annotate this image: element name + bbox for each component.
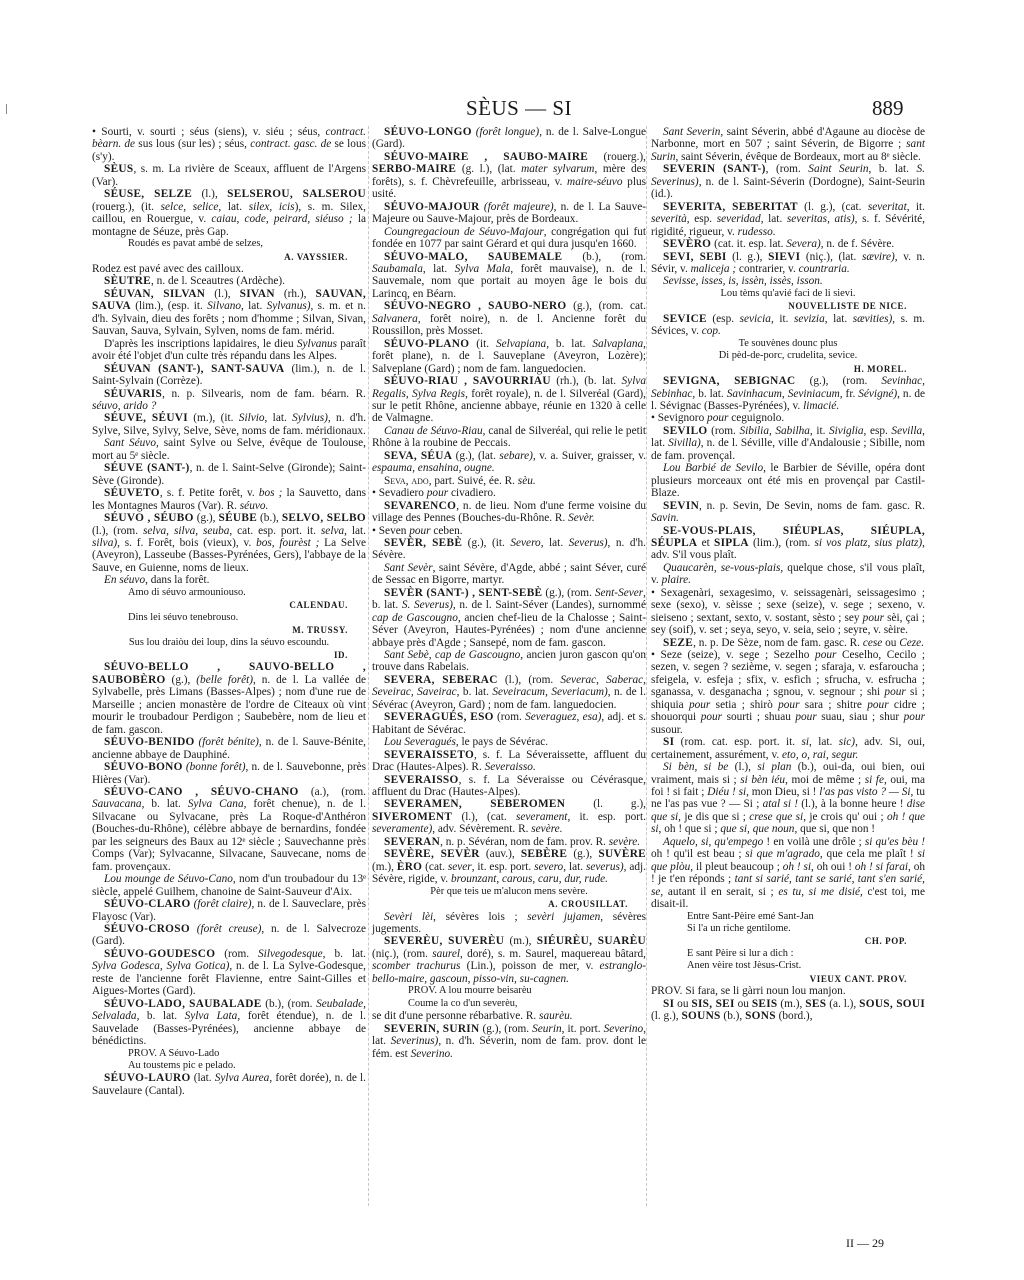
headword: SEVERIN (SANT-): [663, 163, 766, 175]
cross-reference-entry: • Sevadiero pour civadiero.: [372, 487, 646, 499]
headword: SUVÈRE: [598, 848, 646, 860]
entry-continuation: PROV. Si fara, se li gàrri noun lou manj…: [651, 985, 925, 997]
headword: SÉUVO-MAJOUR: [384, 201, 480, 213]
italic-text: selce, selice: [161, 201, 219, 213]
headword: SEIS: [752, 998, 778, 1010]
italic-text: Saint Seurin: [808, 163, 868, 175]
text-run: (rom.: [494, 711, 525, 723]
headword: SÉUVO-MAIRE , SAUBO-MAIRE: [384, 151, 588, 163]
quotation-attribution: M. TRUSSY.: [92, 624, 366, 636]
dictionary-entry: SEVERA, SEBERAC (l.), (rom. Severac, Sab…: [372, 674, 646, 711]
italic-text: oh ! si: [783, 861, 811, 873]
italic-text: Sibilia, Sabilha: [739, 425, 809, 437]
text-run: Seva, ado: [384, 475, 429, 487]
dictionary-entry: SEVERITA, SEBERITAT (l. g.), (cat. sever…: [651, 201, 925, 238]
italic-text: Sylvanus: [297, 338, 337, 350]
text-run: PROV.: [408, 985, 437, 996]
headword: SEVARENCO: [384, 500, 456, 512]
headword: SÉUVO-BONO: [104, 761, 183, 773]
headword: SEVERAISSO: [384, 774, 459, 786]
text-run: (bord.),: [776, 1010, 813, 1022]
headword: SÉUBE: [219, 512, 258, 524]
italic-text: Seveiracum, Severiacum): [492, 686, 607, 698]
italic-text: severidad: [717, 213, 761, 225]
text-run: Si l'a un riche gentilome.: [687, 923, 791, 934]
italic-text: Sevèr.: [568, 512, 595, 524]
dictionary-entry: SÉUVO-MAJOUR (forêt majeure), n. de l. L…: [372, 201, 646, 226]
italic-text: (bonne forêt): [186, 761, 246, 773]
italic-text: sevicia: [740, 313, 771, 325]
italic-text: saurel: [432, 948, 460, 960]
text-run: , dans la forêt.: [145, 574, 209, 586]
text-run: , esp.: [864, 425, 892, 437]
text-run: (b.), (rom.: [562, 251, 646, 263]
text-run: (niç.), (lat.: [800, 251, 862, 263]
text-run: (m.),: [778, 998, 806, 1010]
italic-text: Sevèri lèi: [384, 911, 433, 923]
text-run: , lat.: [809, 736, 839, 748]
italic-text: si: [801, 736, 809, 748]
headword: SIVEROMENT: [372, 811, 452, 823]
dictionary-entry: Lou Barbié de Sevilo, le Barbier de Sévi…: [651, 462, 925, 499]
dictionary-entry: SÉUVO , SÉUBO (g.), SÉUBE (b.), SELVO, S…: [92, 512, 366, 574]
italic-text: que si, que noun: [720, 823, 794, 835]
dictionary-entry: Lou mounge de Séuvo-Cano, nom d'un troub…: [92, 873, 366, 898]
text-run: (g.), (rom.: [796, 375, 882, 387]
italic-text: severitas, atis): [787, 213, 855, 225]
italic-text: si vos platz, sius platz): [815, 537, 923, 549]
italic-text: severità: [651, 213, 687, 225]
text-run: Si fara, se li gàrri noun lou manjon.: [683, 985, 846, 997]
text-run: Te souvènes dounc plus: [739, 338, 838, 349]
italic-text: si plan: [757, 761, 791, 773]
italic-text: Sylvanus): [267, 300, 311, 312]
dictionary-entry: SEVÈR, SEBÈ (g.), (it. Severo, lat. Seve…: [372, 537, 646, 562]
quotation-line: Pèr que teis ue m'alucon mens sevère.: [372, 886, 646, 898]
dictionary-entry: SÉUVO-CANO , SÉUVO-CHANO (a.), (rom. Sau…: [92, 786, 366, 873]
text-run: (lim.), (esp. it.: [131, 300, 207, 312]
text-run: (m.),: [504, 935, 537, 947]
italic-text: Severo: [510, 537, 540, 549]
italic-text: Severino.: [411, 1048, 453, 1060]
italic-text: Selvapiana: [496, 338, 546, 350]
text-run: (rouerg.),: [588, 151, 646, 163]
text-run: setia ; shirò: [710, 699, 778, 711]
italic-text: Severa): [786, 238, 821, 250]
dictionary-entry: SEVÈRO (cat. it. esp. lat. Severa), n. d…: [651, 238, 925, 250]
text-run: Pèr que teis ue m'alucon mens sevère.: [430, 886, 587, 897]
italic-text: Sant Severin: [663, 126, 720, 138]
text-run: Di pèd-de-porc, crudelita, sevice.: [719, 350, 857, 361]
margin-mark: [6, 104, 7, 114]
dictionary-entry: Sevèri lèi, sévères lois ; sevèri jujame…: [372, 911, 646, 936]
dictionary-entry: SEVARENCO, n. de lieu. Nom d'une ferme v…: [372, 500, 646, 525]
italic-text: Silvano: [207, 300, 241, 312]
text-run: • Sourti, v. sourti ; séus (siens), v. s…: [92, 126, 326, 138]
text-run: (rom.: [215, 948, 258, 960]
text-run: , b. lat.: [142, 798, 188, 810]
italic-text: selva: [321, 525, 344, 537]
dictionary-entry: SÉUVO-RIAU , SAVOURRIAU (rh.), (b. lat. …: [372, 375, 646, 425]
text-run: suau, siau ; shur: [817, 711, 904, 723]
italic-text: Sylva Cana: [188, 798, 244, 810]
italic-text: severo: [534, 861, 563, 873]
italic-text: pour: [863, 612, 884, 624]
dictionary-entry: SÉUVO-CLARO (forêt claire), n. de l. Sau…: [92, 898, 366, 923]
italic-text: limacié.: [803, 400, 839, 412]
headword: SEVERIN, SURIN: [384, 1023, 479, 1035]
italic-text: Sylvius): [292, 412, 328, 424]
quotation-line: E sant Pèire si lur a dich :: [651, 948, 925, 960]
italic-text: Sent-Sever: [595, 587, 643, 599]
text-run: susour.: [651, 724, 683, 736]
italic-text: Sauvacana: [92, 798, 142, 810]
quotation-line: PROV. A Séuvo-Lado: [92, 1048, 366, 1060]
headword: SÉUVO , SÉUBO: [104, 512, 194, 524]
headword: SÉUVARIS: [104, 388, 162, 400]
quotation-line: Au toustems pic e pelado.: [92, 1060, 366, 1072]
text-run: , cat. esp. port. it.: [229, 525, 321, 537]
italic-text: si que m'agrado: [745, 848, 820, 860]
text-run: , moi de même ;: [785, 774, 865, 786]
text-run: , que cela me plaît !: [820, 848, 918, 860]
dictionary-entry: En séuvo, dans la forêt.: [92, 574, 366, 586]
text-run: Entre Sant-Pèire emé Sant-Jan: [687, 911, 814, 922]
text-run: , oh ! que si ;: [659, 823, 721, 835]
italic-text: Sylva Godesca, Sylva Gotica): [92, 960, 229, 972]
text-run: Lou tèms qu'avié faci de li sievi.: [721, 288, 856, 299]
headword: SEZE: [663, 637, 693, 649]
text-run: • Sevignoro: [651, 412, 707, 424]
headword: SEVERAMEN, SEBEROMEN: [384, 798, 565, 810]
headword: SEVERAGUÉS, ESO: [384, 711, 494, 723]
dictionary-entry: Canau de Séuvo-Riau, canal de Silveréal,…: [372, 425, 646, 450]
text-run: ID.: [334, 650, 348, 660]
quotation-attribution: VIEUX CANT. PROV.: [651, 973, 925, 985]
text-run: (m.),: [372, 861, 397, 873]
text-run: oh ! qu'il est beau ;: [651, 848, 745, 860]
dictionary-entry: SÉUVO-BONO (bonne forêt), n. de l. Sauve…: [92, 761, 366, 786]
text-run: (b.),: [257, 512, 282, 524]
headword: SÉUVO-BENIDO: [104, 736, 195, 748]
italic-text: atal si !: [763, 798, 798, 810]
quotation-line: Dins lei séuvo tenebrouso.: [92, 612, 366, 624]
text-run: , b. lat.: [692, 388, 726, 400]
text-run: (g. l.), (lat.: [456, 163, 521, 175]
italic-text: sævire): [862, 251, 895, 263]
headword: SELVO, SELBO: [282, 512, 366, 524]
dictionary-entry: SEVERAISSETO, s. f. La Séveraissette, af…: [372, 749, 646, 774]
text-run: (rh.), (b. lat.: [551, 375, 622, 387]
text-run: , que si, que non !: [794, 823, 875, 835]
headword: SEVERÈU, SUVERÈU: [384, 935, 504, 947]
italic-text: l'as pas visto ? — Si: [819, 786, 910, 798]
text-run: (g.), (rom.: [479, 1023, 532, 1035]
headword: SÉUVAN (SANT-), SANT-SAUVA: [104, 363, 284, 375]
text-run: , lat.: [423, 263, 455, 275]
text-run: , lat.: [541, 537, 569, 549]
headword: SÉUVO-GOUDESCO: [104, 948, 215, 960]
text-run: , je crois qu' oui ;: [803, 811, 887, 823]
italic-text: Quaucarèn, se-vous-plais: [663, 562, 780, 574]
text-run: (niç.), (rom.: [372, 948, 432, 960]
headword: SIPLA: [714, 537, 749, 549]
italic-text: Severus): [569, 537, 608, 549]
text-run: (a. l.),: [826, 998, 859, 1010]
text-run: (m.), (it.: [188, 412, 239, 424]
headword: SOUS, SOUI: [859, 998, 925, 1010]
text-run: , adv. Sévèrement. R.: [432, 823, 531, 835]
text-run: (b.),: [721, 1010, 745, 1022]
headword: SEVERAISSETO: [384, 749, 474, 761]
text-run: sara ; shitre: [799, 699, 867, 711]
text-run: • Seven: [372, 525, 409, 537]
headword: SÉUVO-PLANO: [384, 338, 469, 350]
text-run: (g.),: [567, 848, 598, 860]
dictionary-entry: SEVIGNA, SEBIGNAC (g.), (rom. Sevinhac, …: [651, 375, 925, 412]
italic-text: Coungregacioun de Séuvo-Majour: [384, 226, 544, 238]
quotation-line: Te souvènes dounc plus: [651, 338, 925, 350]
italic-text: Lou Barbié de Sevilo: [663, 462, 763, 474]
text-run: (rom.: [708, 425, 740, 437]
italic-text: Si bèn, si be: [663, 761, 728, 773]
text-run: , lat.: [761, 213, 787, 225]
text-run: Rodez est pavé avec des cailloux.: [92, 263, 244, 275]
text-run: (l.),: [728, 761, 757, 773]
text-run: , autant il en serait, si ;: [660, 886, 778, 898]
text-run: Coume la co d'un severèu,: [408, 998, 518, 1009]
text-run: se dit d'une personne rébarbative. R.: [372, 1010, 539, 1022]
italic-text: (forêt creuse): [197, 923, 262, 935]
italic-text: Sylva Aurea: [215, 1072, 270, 1084]
text-run: (g.),: [194, 512, 219, 524]
italic-text: Sant Sevèr: [384, 562, 433, 574]
italic-text: Salvaplana: [592, 338, 643, 350]
dictionary-entry: Seva, ado, part. Suivé, ée. R. sèu.: [372, 475, 646, 487]
italic-text: Sevisse, isses, is, issèn, issès, isson.: [663, 275, 823, 287]
text-run: (cat.: [422, 861, 448, 873]
text-run: (Lin.), poisson de mer, v.: [460, 960, 599, 972]
italic-text: Sylva Mala: [455, 263, 511, 275]
text-run: (g.),: [166, 674, 197, 686]
dictionary-entry: Coungregacioun de Séuvo-Majour, congréga…: [372, 226, 646, 251]
dictionary-entry: SEVERIN, SURIN (g.), (rom. Seurin, it. p…: [372, 1023, 646, 1060]
italic-text: sèu.: [518, 475, 536, 487]
text-run: (b.), (rom.: [262, 998, 317, 1010]
headword: SEVÈRE, SEVÈR: [384, 848, 480, 860]
text-run: , it.: [907, 201, 925, 213]
dictionary-entry: SÉUVE, SÉUVI (m.), (it. Silvio, lat. Syl…: [92, 412, 366, 437]
text-run: (l. g.),: [565, 798, 646, 810]
italic-text: pour: [884, 686, 905, 698]
text-run: VIEUX CANT. PROV.: [810, 974, 907, 984]
text-run: D'après les inscriptions lapidaires, le …: [104, 338, 297, 350]
text-run: NOUVELLISTE DE NICE.: [788, 301, 907, 311]
text-run: A Séuvo-Lado: [157, 1048, 219, 1059]
headword: SEVIGNA, SEBIGNAC: [663, 375, 796, 387]
text-run: (lat.: [191, 1072, 215, 1084]
text-run: (auv.),: [480, 848, 521, 860]
italic-text: Silvio: [239, 412, 265, 424]
column-3: Sant Severin, saint Séverin, abbé d'Agau…: [651, 126, 925, 1023]
quotation-line: Entre Sant-Pèire emé Sant-Jan: [651, 911, 925, 923]
text-run: , it. port.: [562, 1023, 604, 1035]
dictionary-entry: SEVILO (rom. Sibilia, Sabilha, it. Sivig…: [651, 425, 925, 462]
dictionary-entry: SÉUVO-BENIDO (forêt bénite), n. de l. Sa…: [92, 736, 366, 761]
italic-text: Severino: [604, 1023, 644, 1035]
text-run: sus lous (sur les) ; séus,: [135, 138, 250, 150]
italic-text: pour: [778, 699, 799, 711]
italic-text: es tu, si me disié: [778, 886, 860, 898]
text-run: E sant Pèire si lur a dich :: [687, 948, 793, 959]
dictionary-entry: SEVERAMEN, SEBEROMEN (l. g.), SIVEROMENT…: [372, 798, 646, 835]
text-run: , b. lat.: [323, 948, 366, 960]
italic-text: espauma, ensahina, ougne.: [372, 462, 495, 474]
italic-text: Diéu ! si: [707, 786, 746, 798]
italic-text: saurèu.: [539, 1010, 573, 1022]
italic-text: oh ! si farai: [855, 861, 908, 873]
cross-reference-entry: • Sexagenàri, sexagesimo, v. seissagenàr…: [651, 587, 925, 637]
text-run: , s. f. Petite forêt, v.: [160, 487, 259, 499]
italic-text: séuvo, arido ?: [92, 400, 156, 412]
column-divider: [646, 126, 647, 1206]
dictionary-entry: SÉUVO-MAIRE , SAUBO-MAIRE (rouerg.), SER…: [372, 151, 646, 201]
quotation-attribution: H. MOREL.: [651, 363, 925, 375]
text-run: , saint Séverin, évêque de Bordeaux, mor…: [675, 151, 920, 163]
text-run: Au toustems pic e pelado.: [128, 1060, 236, 1071]
text-run: PROV.: [128, 1048, 157, 1059]
italic-text: Ceze.: [899, 637, 924, 649]
headword: SÉUVE, SÉUVI: [104, 412, 188, 424]
text-run: et: [697, 537, 714, 549]
italic-text: countraria.: [799, 263, 850, 275]
dictionary-entry: SEVIN, n. p. Sevin, De Sevin, noms de fa…: [651, 500, 925, 525]
headword: SEVERITA, SEBERITAT: [663, 201, 798, 213]
italic-text: (forêt bénite): [199, 736, 259, 748]
text-run: , lat.: [218, 201, 248, 213]
italic-text: (forêt longue): [476, 126, 540, 138]
headword: SÉUVAN, SILVAN: [104, 288, 205, 300]
headword: SONS: [745, 1010, 776, 1022]
text-run: , s. m. La rivière de Sceaux, affluent d…: [92, 163, 366, 187]
italic-text: severamente): [372, 823, 432, 835]
text-run: , lat.: [825, 313, 853, 325]
text-run: , b. lat.: [869, 163, 917, 175]
dictionary-entry: Si bèn, si be (l.), si plan (b.), oui-da…: [651, 761, 925, 836]
text-run: CALENDAU.: [289, 600, 348, 610]
dictionary-entry: SEVÈRE, SEVÈR (auv.), SEBÈRE (g.), SUVÈR…: [372, 848, 646, 885]
text-run: (rh.),: [275, 288, 316, 300]
text-run: , n. de f. Sévère.: [821, 238, 894, 250]
italic-text: eto, o, rai, segur.: [782, 749, 858, 761]
italic-text: cop.: [702, 325, 721, 337]
headword: SEVA, SÉUA: [384, 450, 452, 462]
text-run: [190, 923, 197, 935]
italic-text: si fe: [865, 774, 884, 786]
text-run: Sus lou draiòu dei loup, dins la séuvo e…: [129, 637, 329, 648]
headword: SIVAN: [240, 288, 275, 300]
italic-text: séuvo.: [240, 500, 269, 512]
quotation-line: Lou tèms qu'avié faci de li sievi.: [651, 288, 925, 300]
dictionary-entry: SEVERAISSO, s. f. La Séveraisse ou Cévér…: [372, 774, 646, 799]
dictionary-entry: SI ou SIS, SEI ou SEIS (m.), SES (a. l.)…: [651, 998, 925, 1023]
italic-text: mater sylvarum: [521, 163, 594, 175]
italic-text: cap de Gascougno: [372, 612, 458, 624]
text-run: • Seze (seize), v. sege ; Sezelho: [651, 649, 815, 661]
italic-text: (forêt claire): [194, 898, 252, 910]
text-run: ou: [882, 637, 899, 649]
italic-text: En séuvo: [104, 574, 145, 586]
text-run: , v. a. Suiver, graisser, v.: [533, 450, 646, 462]
dictionary-entry: SÈUTRE, n. de l. Sceautres (Ardèche).: [92, 275, 366, 287]
cross-reference-entry: • Seven pour ceben.: [372, 525, 646, 537]
dictionary-entry: SEVICE (esp. sevicia, it. sevizia, lat. …: [651, 313, 925, 338]
dictionary-entry: SEVI, SEBI (l. g.), SIEVI (niç.), (lat. …: [651, 251, 925, 276]
headword: SÉUVO-MALO, SAUBEMALE: [384, 251, 562, 263]
text-run: • Sevadiero: [372, 487, 427, 499]
text-run: , it.: [771, 313, 794, 325]
italic-text: selva, silva, seuba: [143, 525, 229, 537]
dictionary-entry: SÉUVETO, s. f. Petite forêt, v. bos ; la…: [92, 487, 366, 512]
dictionary-entry: Sant Séuvo, saint Sylve ou Selve, évêque…: [92, 437, 366, 462]
text-run: A. CROUSILLAT.: [548, 899, 628, 909]
italic-text: maire-séuvo: [567, 176, 622, 188]
text-run: (l.), à la bonne heure !: [798, 798, 907, 810]
headword: SÉUVE (SANT-): [104, 462, 190, 474]
headword: SERBO-MAIRE: [372, 163, 456, 175]
dictionary-entry: SÉUVE (SANT-), n. de l. Saint-Selve (Gir…: [92, 462, 366, 487]
dictionary-entry: Aquelo, si, qu'empego ! en voilà une drô…: [651, 836, 925, 911]
italic-text: Canau de Séuvo-Riau: [384, 425, 483, 437]
italic-text: sevèri jujamen: [527, 911, 600, 923]
text-run: A. VAYSSIER.: [284, 252, 348, 262]
dictionary-entry: Sevisse, isses, is, issèn, issès, isson.: [651, 275, 925, 287]
dictionary-entry: SEVÈR (SANT-) , SENT-SEBÈ (g.), (rom. Se…: [372, 587, 646, 649]
text-run: Amo di séuvo armouniouso.: [128, 587, 246, 598]
column-2: SÉUVO-LONGO (forêt longue), n. de l. Sal…: [372, 126, 646, 1060]
text-run: civadiero.: [448, 487, 496, 499]
dictionary-entry: Sant Sevèr, saint Sévère, d'Agde, abbé ;…: [372, 562, 646, 587]
italic-text: Siviglia: [829, 425, 864, 437]
italic-text: Severaguez, esa): [525, 711, 601, 723]
text-run: , it.: [810, 425, 829, 437]
text-run: (lim.), (rom.: [749, 537, 815, 549]
text-run: PROV.: [651, 985, 683, 997]
headword: SÉUVO-LONGO: [384, 126, 472, 138]
headword: SEVIN: [663, 500, 699, 512]
italic-text: severus): [586, 861, 624, 873]
headword: SÉUVO-CLARO: [104, 898, 191, 910]
headword: SEVÈR (SANT-) , SENT-SEBÈ: [384, 587, 542, 599]
headword: SEBÈRE: [521, 848, 567, 860]
italic-text: cese: [863, 637, 882, 649]
italic-text: Silvegodesque: [258, 948, 323, 960]
dictionary-entry: D'après les inscriptions lapidaires, le …: [92, 338, 366, 363]
headword: SÈUTRE: [104, 275, 151, 287]
text-run: , sévères lois ;: [433, 911, 527, 923]
dictionary-entry: SEVERÈU, SUVERÈU (m.), SIÉURÈU, SUARÈU (…: [372, 935, 646, 985]
quotation-line: Di pèd-de-porc, crudelita, sevice.: [651, 350, 925, 362]
text-run: (it.: [469, 338, 496, 350]
headword: SÉUVO-LADO, SAUBALADE: [104, 998, 262, 1010]
italic-text: brounzant, carous, caru, dur, rude.: [451, 873, 608, 885]
column-1: • Sourti, v. sourti ; séus (siens), v. s…: [92, 126, 366, 1097]
text-run: , n. p. Sevin, De Sevin, noms de fam. ga…: [699, 500, 925, 512]
text-run: , n. p. Sévéran, nom de fam. prov. R.: [440, 836, 609, 848]
italic-text: Salvanera: [372, 313, 418, 325]
italic-text: pour: [427, 487, 448, 499]
italic-text: severitat: [868, 201, 907, 213]
